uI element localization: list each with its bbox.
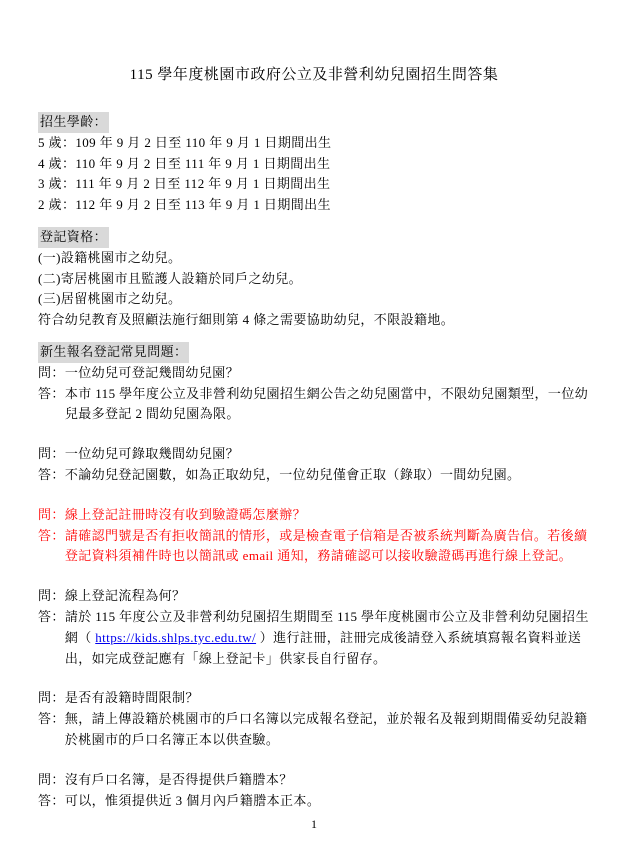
answer-text: 可以，惟須提供近 3 個月內戶籍謄本正本。 [65, 791, 590, 812]
age-line-4: 4 歲：110 年 9 月 2 日至 111 年 9 月 1 日期間出生 [38, 154, 590, 175]
page-number: 1 [0, 817, 628, 832]
document-page: 115 學年度桃園市政府公立及非營利幼兒園招生問答集 招生學齡： 5 歲：109… [0, 0, 628, 852]
question-text: 沒有戶口名簿，是否得提供戶籍謄本？ [65, 770, 590, 791]
answer-label: 答： [38, 607, 65, 628]
faq-question-row: 問： 是否有設籍時間限制？ [38, 688, 590, 709]
faq-item-4: 問： 線上登記流程為何？ 答： 請於 115 年度公立及非營利幼兒園招生期間至 … [38, 586, 590, 669]
answer-text: 無，請上傳設籍於桃園市的戶口名簿以完成報名登記，並於報名及報到期間備妥幼兒設籍於… [65, 709, 590, 751]
faq-question-row: 問： 線上登記流程為何？ [38, 586, 590, 607]
question-label: 問： [38, 770, 65, 791]
question-label: 問： [38, 363, 65, 384]
answer-text: 不論幼兒登記園數，如為正取幼兒，一位幼兒僅會正取（錄取）一間幼兒園。 [65, 465, 590, 486]
answer-text: 本市 115 學年度公立及非營利幼兒園招生網公告之幼兒園當中，不限幼兒園類型，一… [65, 384, 590, 426]
faq-item-3-alert: 問： 線上登記註冊時沒有收到驗證碼怎麼辦？ 答： 請確認門號是否有拒收簡訊的情形… [38, 505, 590, 567]
question-text: 一位幼兒可錄取幾間幼兒園？ [65, 444, 590, 465]
question-text: 線上登記註冊時沒有收到驗證碼怎麼辦？ [65, 505, 590, 526]
answer-label: 答： [38, 526, 65, 547]
faq-item-5: 問： 是否有設籍時間限制？ 答： 無，請上傳設籍於桃園市的戶口名簿以完成報名登記… [38, 688, 590, 750]
question-text: 線上登記流程為何？ [65, 586, 590, 607]
page-title: 115 學年度桃園市政府公立及非營利幼兒園招生問答集 [38, 64, 590, 86]
age-line-3: 3 歲：111 年 9 月 2 日至 112 年 9 月 1 日期間出生 [38, 174, 590, 195]
section-eligibility-heading: 登記資格： [38, 227, 109, 248]
section-age-heading: 招生學齡： [38, 112, 109, 133]
answer-text: 請確認門號是否有拒收簡訊的情形，或是檢查電子信箱是否被系統判斷為廣告信。若後續登… [65, 526, 590, 568]
answer-label: 答： [38, 709, 65, 730]
faq-answer-row: 答： 無，請上傳設籍於桃園市的戶口名簿以完成報名登記，並於報名及報到期間備妥幼兒… [38, 709, 590, 751]
faq-answer-row: 答： 不論幼兒登記園數，如為正取幼兒，一位幼兒僅會正取（錄取）一間幼兒園。 [38, 465, 590, 486]
answer-label: 答： [38, 791, 65, 812]
faq-item-6: 問： 沒有戶口名簿，是否得提供戶籍謄本？ 答： 可以，惟須提供近 3 個月內戶籍… [38, 770, 590, 812]
section-faq-heading-row: 新生報名登記常見問題： [38, 342, 590, 363]
question-label: 問： [38, 444, 65, 465]
section-eligibility-heading-row: 登記資格： [38, 227, 590, 248]
section-faq-heading: 新生報名登記常見問題： [38, 342, 189, 363]
faq-question-row: 問： 線上登記註冊時沒有收到驗證碼怎麼辦？ [38, 505, 590, 526]
eligibility-line-3: (三)居留桃園市之幼兒。 [38, 289, 590, 310]
section-age: 招生學齡： 5 歲：109 年 9 月 2 日至 110 年 9 月 1 日期間… [38, 112, 590, 216]
eligibility-line-2: (二)寄居桃園市且監護人設籍於同戶之幼兒。 [38, 269, 590, 290]
answer-text: 請於 115 年度公立及非營利幼兒園招生期間至 115 學年度桃園市公立及非營利… [65, 607, 590, 669]
age-line-2: 2 歲：112 年 9 月 2 日至 113 年 9 月 1 日期間出生 [38, 195, 590, 216]
answer-label: 答： [38, 465, 65, 486]
answer-label: 答： [38, 384, 65, 405]
faq-item-2: 問： 一位幼兒可錄取幾間幼兒園？ 答： 不論幼兒登記園數，如為正取幼兒，一位幼兒… [38, 444, 590, 486]
section-age-heading-row: 招生學齡： [38, 112, 590, 133]
faq-answer-row: 答： 請於 115 年度公立及非營利幼兒園招生期間至 115 學年度桃園市公立及… [38, 607, 590, 669]
question-label: 問： [38, 586, 65, 607]
faq-answer-row: 答： 本市 115 學年度公立及非營利幼兒園招生網公告之幼兒園當中，不限幼兒園類… [38, 384, 590, 426]
registration-site-link[interactable]: https://kids.shlps.tyc.edu.tw/ [95, 630, 256, 645]
faq-question-row: 問： 沒有戶口名簿，是否得提供戶籍謄本？ [38, 770, 590, 791]
faq-item-1: 問： 一位幼兒可登記幾間幼兒園？ 答： 本市 115 學年度公立及非營利幼兒園招… [38, 363, 590, 425]
faq-question-row: 問： 一位幼兒可錄取幾間幼兒園？ [38, 444, 590, 465]
faq-question-row: 問： 一位幼兒可登記幾間幼兒園？ [38, 363, 590, 384]
age-line-5: 5 歲：109 年 9 月 2 日至 110 年 9 月 1 日期間出生 [38, 133, 590, 154]
faq-answer-row: 答： 請確認門號是否有拒收簡訊的情形，或是檢查電子信箱是否被系統判斷為廣告信。若… [38, 526, 590, 568]
eligibility-line-4: 符合幼兒教育及照顧法施行細則第 4 條之需要協助幼兒，不限設籍地。 [38, 310, 590, 331]
section-eligibility: 登記資格： (一)設籍桃園市之幼兒。 (二)寄居桃園市且監護人設籍於同戶之幼兒。… [38, 227, 590, 331]
eligibility-line-1: (一)設籍桃園市之幼兒。 [38, 248, 590, 269]
question-text: 一位幼兒可登記幾間幼兒園？ [65, 363, 590, 384]
section-faq: 新生報名登記常見問題： 問： 一位幼兒可登記幾間幼兒園？ 答： 本市 115 學… [38, 342, 590, 811]
question-label: 問： [38, 505, 65, 526]
faq-answer-row: 答： 可以，惟須提供近 3 個月內戶籍謄本正本。 [38, 791, 590, 812]
question-text: 是否有設籍時間限制？ [65, 688, 590, 709]
question-label: 問： [38, 688, 65, 709]
